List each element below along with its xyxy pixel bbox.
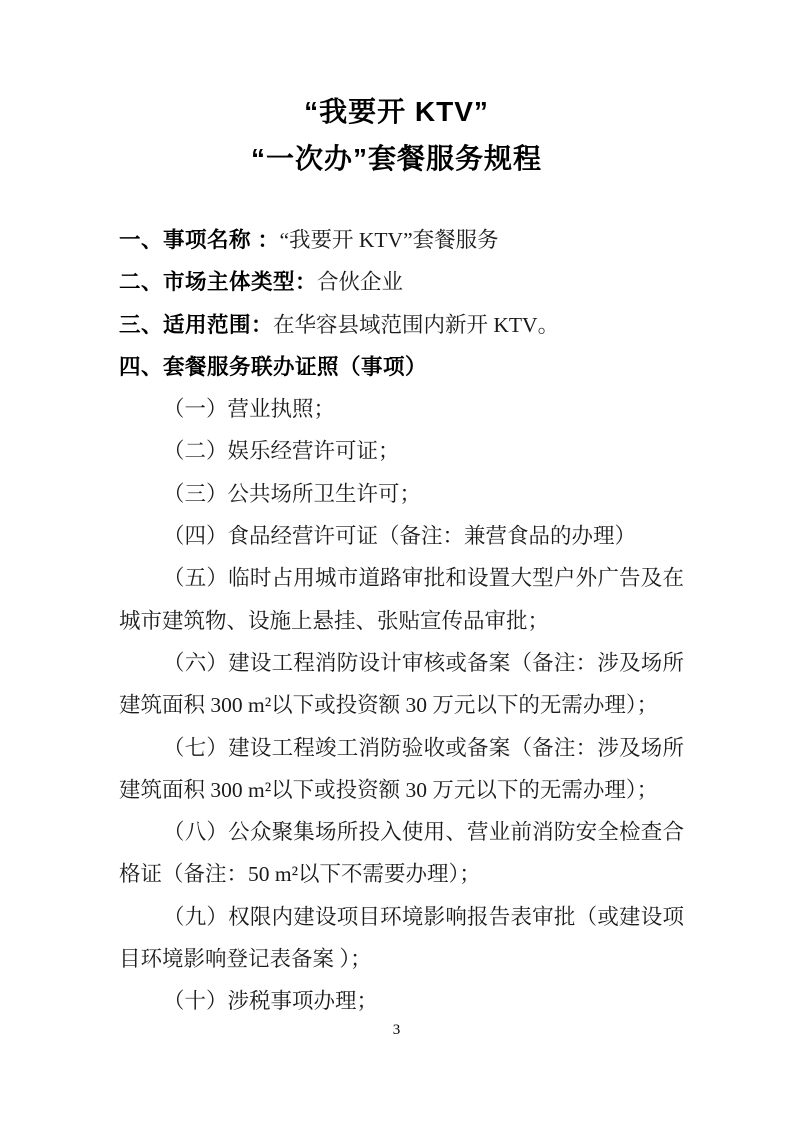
list-item-4: （四）食品经营许可证（备注：兼营食品的办理）	[119, 515, 684, 557]
section-heading-4-label: 四、套餐服务联办证照（事项）	[119, 355, 427, 379]
list-item-1: （一）营业执照；	[119, 388, 684, 430]
section-heading-1-value: “我要开 KTV”套餐服务	[279, 228, 498, 252]
list-item-2: （二）娱乐经营许可证；	[119, 430, 684, 472]
list-item-9: （九）权限内建设项目环境影响报告表审批（或建设项目环境影响登记表备案 ）；	[119, 896, 684, 981]
section-heading-2-value: 合伙企业	[317, 270, 403, 294]
list-item-3: （三）公共场所卫生许可；	[119, 473, 684, 515]
document-title-line-1: “我要开 KTV”	[0, 88, 793, 135]
document-title: “我要开 KTV” “一次办”套餐服务规程	[0, 88, 793, 182]
list-item-6: （六）建设工程消防设计审核或备案（备注：涉及场所建筑面积 300 m²以下或投资…	[119, 642, 684, 727]
list-item-10: （十）涉税事项办理；	[119, 980, 684, 1022]
section-heading-4: 四、套餐服务联办证照（事项）	[119, 346, 684, 388]
section-heading-2: 二、市场主体类型：合伙企业	[119, 261, 684, 303]
section-heading-2-label: 二、市场主体类型：	[119, 270, 317, 294]
list-item-8: （八）公众聚集场所投入使用、营业前消防安全检查合格证（备注：50 m²以下不需要…	[119, 811, 684, 896]
section-heading-3-value: 在华容县域范围内新开 KTV。	[273, 313, 559, 337]
page-number: 3	[0, 1021, 793, 1039]
section-heading-3: 三、适用范围：在华容县域范围内新开 KTV。	[119, 304, 684, 346]
section-heading-1: 一、事项名称 ：“我要开 KTV”套餐服务	[119, 219, 684, 261]
list-item-5: （五）临时占用城市道路审批和设置大型户外广告及在城市建筑物、设施上悬挂、张贴宣传…	[119, 557, 684, 642]
document-page: “我要开 KTV” “一次办”套餐服务规程 一、事项名称 ：“我要开 KTV”套…	[0, 0, 793, 1122]
document-title-line-2: “一次办”套餐服务规程	[0, 135, 793, 182]
section-heading-1-label: 一、事项名称 ：	[119, 228, 279, 252]
document-body: 一、事项名称 ：“我要开 KTV”套餐服务 二、市场主体类型：合伙企业 三、适用…	[119, 219, 684, 1023]
list-item-7: （七）建设工程竣工消防验收或备案（备注：涉及场所建筑面积 300 m²以下或投资…	[119, 727, 684, 812]
section-heading-3-label: 三、适用范围：	[119, 313, 273, 337]
